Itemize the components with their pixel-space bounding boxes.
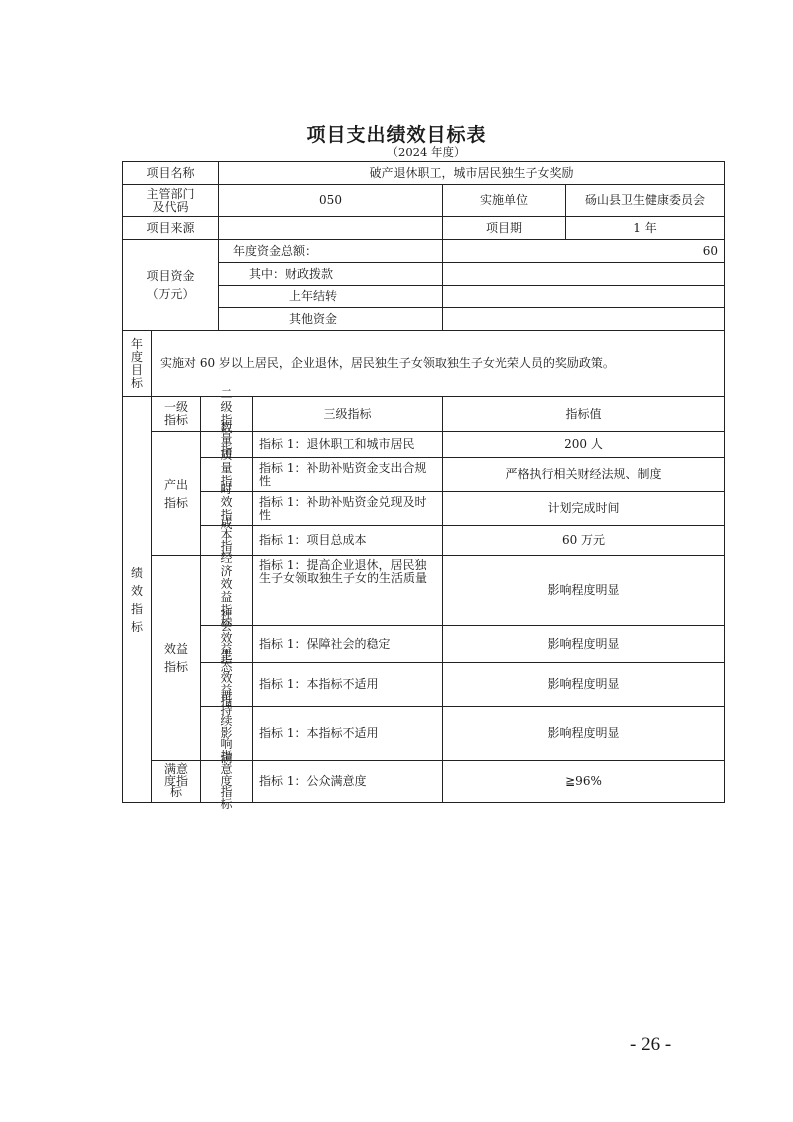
dept-label-line1: 主管部门 [146, 188, 194, 201]
period-label: 项目期 [442, 216, 566, 240]
value-quality: 严格执行相关财经法规、制度 [442, 457, 725, 492]
dept-label: 主管部门 及代码 [122, 184, 219, 217]
source-value [218, 216, 443, 240]
indicators-section-label: 绩效指标 [122, 396, 152, 803]
level3-quantity: 指标 1：退休职工和城市居民 [252, 431, 443, 458]
funds-label-line2: （万元） [146, 285, 194, 303]
value-economic: 影响程度明显 [442, 555, 725, 626]
dept-code: 050 [218, 184, 443, 217]
annual-goal-label: 年度目标 [122, 330, 152, 397]
impl-unit-value: 砀山县卫生健康委员会 [565, 184, 725, 217]
group-benefit-label: 效益指标 [151, 555, 201, 761]
header-value: 指标值 [442, 396, 725, 432]
document-title: 项目支出绩效目标表 [0, 120, 793, 147]
level3-social: 指标 1：保障社会的稳定 [252, 625, 443, 663]
header-level3: 三级指标 [252, 396, 443, 432]
funds-label: 项目资金 （万元） [122, 239, 219, 331]
impl-unit-label: 实施单位 [442, 184, 566, 217]
level2-satisfaction: 满意度指标 [200, 760, 253, 803]
funds-carryover-label: 上年结转 [218, 285, 443, 308]
funds-fiscal-label: 其中：财政拨款 [218, 262, 443, 286]
project-name-label: 项目名称 [122, 161, 219, 185]
value-satisfaction: ≧96% [442, 760, 725, 803]
project-name-value: 破产退休职工，城市居民独生子女奖励 [218, 161, 725, 185]
level3-timeliness: 指标 1：补助补贴资金兑现及时性 [252, 491, 443, 526]
level3-satisfaction: 指标 1：公众满意度 [252, 760, 443, 803]
level3-ecological: 指标 1：本指标不适用 [252, 662, 443, 707]
document-subtitle: （2024 年度） [0, 144, 793, 160]
funds-total-value: 60 [442, 239, 725, 263]
level3-quality: 指标 1：补助补贴资金支出合规性 [252, 457, 443, 492]
group-output-label: 产出指标 [151, 431, 201, 556]
level3-cost: 指标 1：项目总成本 [252, 525, 443, 556]
period-value: 1 年 [565, 216, 725, 240]
funds-other-value [442, 307, 725, 331]
value-ecological: 影响程度明显 [442, 662, 725, 707]
value-quantity: 200 人 [442, 431, 725, 458]
group-satisfaction-label: 满意度指标 [151, 760, 201, 803]
funds-label-line1: 项目资金 [146, 267, 194, 285]
level3-sustainable: 指标 1：本指标不适用 [252, 706, 443, 761]
dept-label-line2: 及代码 [152, 201, 188, 214]
header-level1: 一级指标 [151, 396, 201, 432]
annual-goal-text: 实施对 60 岁以上居民，企业退休，居民独生子女领取独生子女光荣人员的奖励政策。 [151, 330, 725, 397]
page-number: - 26 - [630, 1034, 671, 1056]
value-cost: 60 万元 [442, 525, 725, 556]
value-social: 影响程度明显 [442, 625, 725, 663]
source-label: 项目来源 [122, 216, 219, 240]
funds-total-label: 年度资金总额： [218, 239, 443, 263]
level3-economic: 指标 1：提高企业退休，居民独生子女领取独生子女的生活质量 [252, 555, 443, 626]
funds-fiscal-value [442, 262, 725, 286]
value-sustainable: 影响程度明显 [442, 706, 725, 761]
value-timeliness: 计划完成时间 [442, 491, 725, 526]
funds-carryover-value [442, 285, 725, 308]
funds-other-label: 其他资金 [218, 307, 443, 331]
